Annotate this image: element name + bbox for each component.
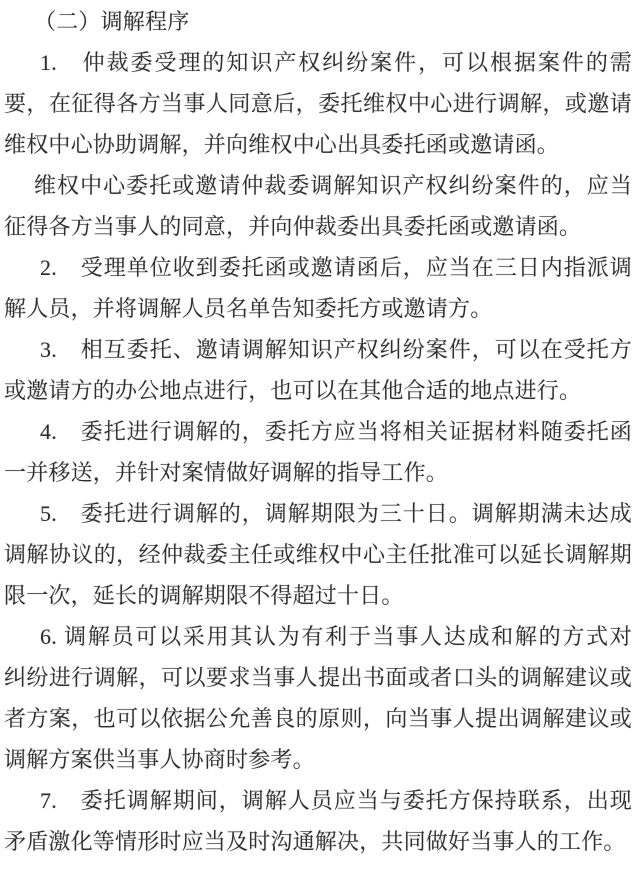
text-line: 7. 委托调解期间，调解人员应当与委托方保持联系，出现 [4,780,632,821]
text-line: 维权中心委托或邀请仲裁委调解知识产权纠纷案件的，应当 [4,165,632,206]
document-text-block: （二）调解程序 1. 仲裁委受理的知识产权纠纷案件，可以根据案件的需 要，在征得… [4,1,632,862]
document-page: （二）调解程序 1. 仲裁委受理的知识产权纠纷案件，可以根据案件的需 要，在征得… [0,0,640,883]
text-line: 2. 受理单位收到委托函或邀请函后，应当在三日内指派调 [4,247,632,288]
text-line: 矛盾激化等情形时应当及时沟通解决，共同做好当事人的工作。 [4,821,632,862]
text-line: 维权中心协助调解，并向维权中心出具委托函或邀请函。 [4,124,632,165]
text-line: 1. 仲裁委受理的知识产权纠纷案件，可以根据案件的需 [4,42,632,83]
text-line: 纠纷进行调解，可以要求当事人提出书面或者口头的调解建议或 [4,657,632,698]
text-line: 限一次，延长的调解期限不得超过十日。 [4,575,632,616]
text-line: 者方案，也可以依据公允善良的原则，向当事人提出调解建议或 [4,698,632,739]
text-line: 一并移送，并针对案情做好调解的指导工作。 [4,452,632,493]
text-line: 或邀请方的办公地点进行，也可以在其他合适的地点进行。 [4,370,632,411]
text-line: 6. 调解员可以采用其认为有利于当事人达成和解的方式对 [4,616,632,657]
text-line: 5. 委托进行调解的，调解期限为三十日。调解期满未达成 [4,493,632,534]
text-line: 要，在征得各方当事人同意后，委托维权中心进行调解，或邀请 [4,83,632,124]
section-heading: （二）调解程序 [4,1,632,42]
text-line: 3. 相互委托、邀请调解知识产权纠纷案件，可以在受托方 [4,329,632,370]
text-line: 调解协议的，经仲裁委主任或维权中心主任批准可以延长调解期 [4,534,632,575]
text-line: 4. 委托进行调解的，委托方应当将相关证据材料随委托函 [4,411,632,452]
text-line: 解人员，并将调解人员名单告知委托方或邀请方。 [4,288,632,329]
text-line: 征得各方当事人的同意，并向仲裁委出具委托函或邀请函。 [4,206,632,247]
text-line: 调解方案供当事人协商时参考。 [4,739,632,780]
